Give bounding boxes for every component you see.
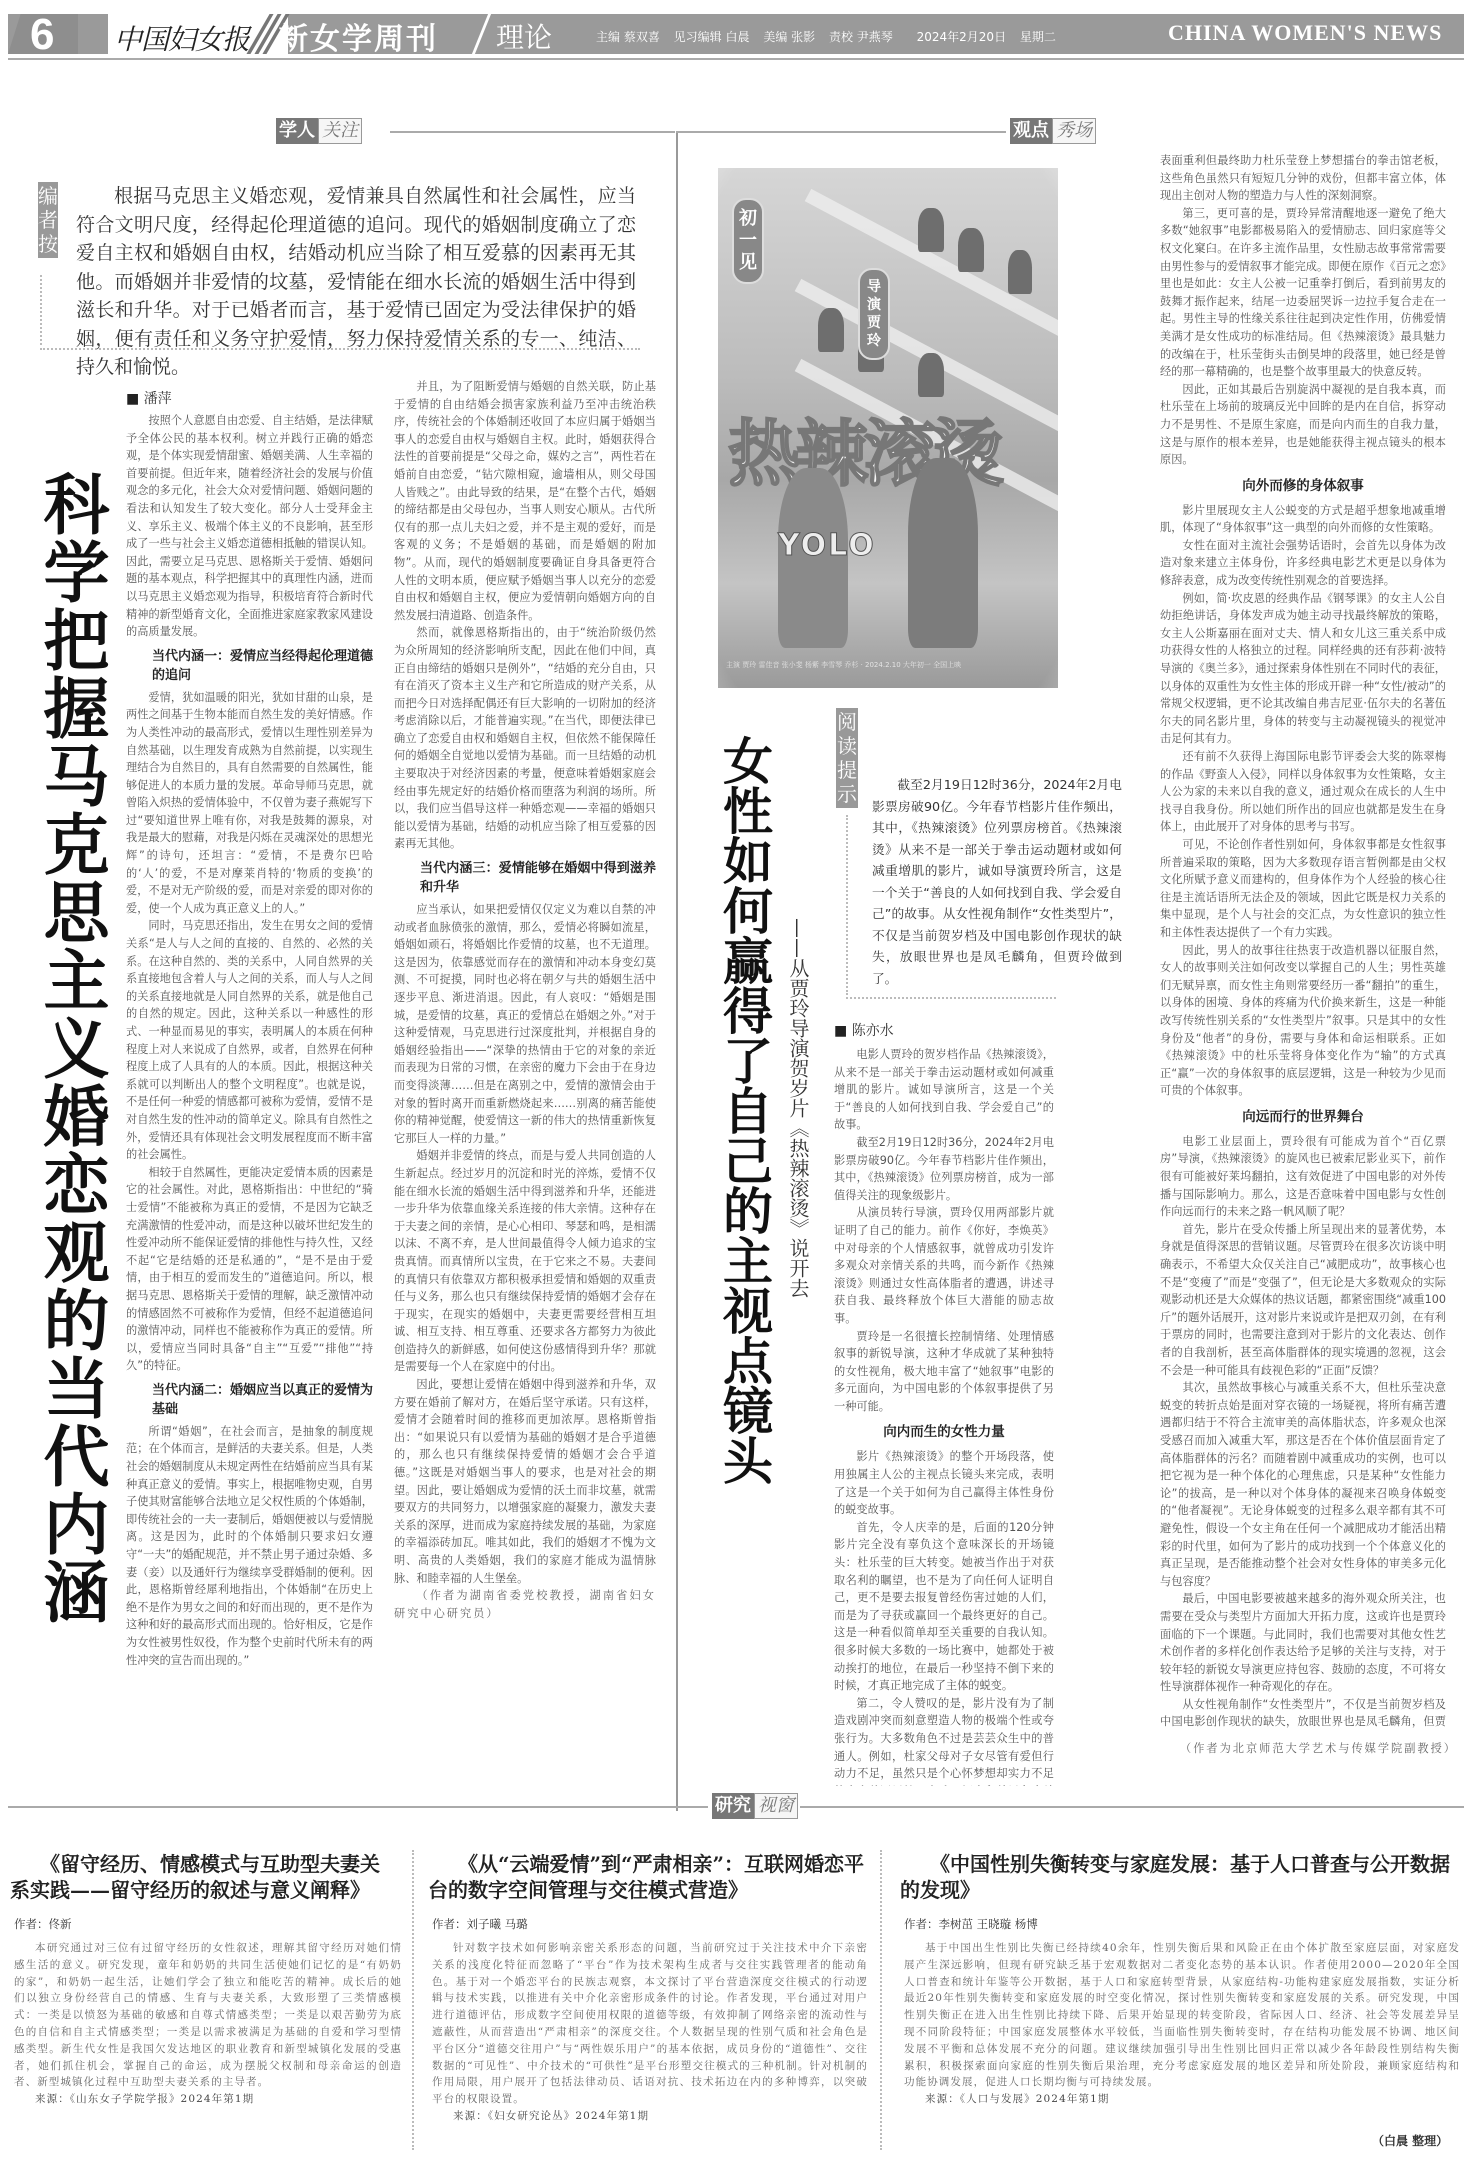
subheading: 向内而生的女性力量: [834, 1415, 1054, 1448]
paragraph: 女性在面对主流社会强势话语时，会首先以身体为改造对象来建立主体身份，许多经典电影…: [1160, 537, 1446, 590]
poster-tag-director: 导演 贾玲: [858, 268, 890, 360]
subheading: 当代内涵三：爱情能够在婚姻中得到滋养和升华: [394, 853, 656, 901]
badge-solid-text: 研究: [712, 1793, 754, 1819]
paragraph: 同时，马克思还指出，发生在男女之间的爱情关系“是人与人之间的直接的、自然的、必然…: [126, 917, 373, 1163]
subheading: 向外而修的身体叙事: [1160, 469, 1446, 502]
paragraph: 第二，令人赞叹的是，影片没有为了制造戏剧冲突而刻意塑造人物的极端个性或夸张行为。…: [834, 1695, 1054, 1786]
research-divider: [412, 1850, 414, 2150]
badge-outline-text: 秀场: [1052, 118, 1096, 144]
article2-author-note: （作者为北京师范大学艺术与传媒学院副教授）: [1180, 1740, 1460, 1758]
research-author-1: 作者：佟新: [14, 1916, 72, 1932]
poster-tag-first-day: 初一见: [732, 198, 764, 284]
poster-credits: 主演 贾玲 雷佳音 张小斐 杨紫 李雪琴 乔杉 · 2024.2.10 大年初一…: [726, 660, 1046, 670]
paragraph: 因此，正如其最后告别旋涡中凝视的是自我本真，而杜乐莹在上场前的玻璃反光中回眸的是…: [1160, 381, 1446, 469]
research-title-3: 《中国性别失衡转变与家庭发展：基于人口普查与公开数据的发现》: [900, 1851, 1460, 1903]
research-abstract-1: 本研究通过对三位有过留守经历的女性叙述，理解其留守经历对她们情感生活的意义。研究…: [14, 1940, 402, 2108]
issue-weekday: 星期二: [1020, 30, 1056, 44]
film-poster-image: 初一见 导演 贾玲 热辣滚烫 YOLO 主演 贾玲 雷佳音 张小斐 杨紫 李雪琴…: [718, 168, 1058, 688]
paragraph: 所谓“婚姻”，在社会而言，是抽象的制度规范；在个体而言，是鲜活的夫妻关系。但是，…: [126, 1423, 373, 1669]
paragraph: 电影人贾玲的贺岁档作品《热辣滚烫》，从来不是一部关于拳击运动题材或如何减重增肌的…: [834, 1046, 1054, 1134]
paragraph: 影片里展现女主人公蜕变的方式是超乎想象地减重增肌，体现了“身体叙事”这一典型的向…: [1160, 502, 1446, 537]
reading-tip-border: [846, 997, 1056, 999]
author-note: （作者为湖南省委党校教授，湖南省妇女研究中心研究员）: [394, 1587, 656, 1622]
paragraph: 然而，就像恩格斯指出的，由于“统治阶级仍然为众所周知的经济影响所支配，因此在他们…: [394, 624, 656, 853]
paragraph: 首先，影片在受众传播上所呈现出来的显著优势，本身就是值得深思的营销议题。尽管贾玲…: [1160, 1221, 1446, 1379]
paragraph: 从女性视角制作“女性类型片”，不仅是当前贺岁档及中国电影创作现状的缺失，放眼世界…: [1160, 1696, 1446, 1732]
paragraph: 还有前不久获得上海国际电影节评委会大奖的陈翠梅的作品《野蛮人入侵》，同样以身体叙…: [1160, 748, 1446, 836]
article1-column-2: 并且，为了阻断爱情与婚姻的自然关联，防止基于爱情的自由结婚会损害家族利益乃至冲击…: [394, 378, 656, 1778]
poster-figure: [918, 353, 944, 397]
section-badge-research: 研究 视窗: [712, 1793, 798, 1819]
compiler-credit: （白晨 整理）: [1372, 2132, 1448, 2149]
article2-column-1: 电影人贾玲的贺岁档作品《热辣滚烫》，从来不是一部关于拳击运动题材或如何减重增肌的…: [834, 1046, 1054, 1786]
paragraph: 其次，虽然故事核心与减重关系不大，但杜乐莹决意蜕变的转折点始是面对穿衣镜的一场疑…: [1160, 1379, 1446, 1590]
editor-note-tag: 编者按: [38, 182, 58, 258]
research-abstract-3: 基于中国出生性别比失衡已经持续40余年，性别失衡后果和风险正在由个体扩散至家庭层…: [904, 1940, 1460, 2108]
poster-boxer-figure: [908, 458, 978, 648]
poster-figure: [958, 228, 984, 272]
subheading: 向远而行的世界舞台: [1160, 1100, 1446, 1133]
paragraph: 因此，男人的故事往往热衷于改造机器以征服自然，女人的故事则关注如何改变以掌握自己…: [1160, 942, 1446, 1100]
badge-outline-text: 关注: [318, 118, 362, 144]
section-badge-scholar-focus: 学人 关注: [276, 118, 362, 144]
article1-column-1: 按照个人意愿自由恋爱、自主结婚，是法律赋予全体公民的基本权利。树立并践行正确的婚…: [126, 412, 373, 1782]
editor-note-border: [40, 275, 42, 345]
section-rule: [800, 1806, 1464, 1808]
subheading: 当代内涵二：婚姻应当以真正的爱情为基础: [126, 1375, 373, 1423]
section-badge-viewpoint: 观点 秀场: [1010, 118, 1096, 144]
paragraph: 相较于自然属性，更能决定爱情本质的因素是它的社会属性。对此，恩格斯指出：中世纪的…: [126, 1164, 373, 1375]
reading-tip-text: 截至2月19日12时36分，2024年2月电影票房破90亿。今年春节档影片佳作频…: [872, 774, 1122, 989]
paragraph: 贾玲是一名很擅长控制情绪、处理情感叙事的新锐导演，这种才华成就了某种独特的女性视…: [834, 1328, 1054, 1416]
paragraph: 表面重利但最终助力杜乐莹登上梦想擂台的拳击馆老板，这些角色虽然只有短短几分钟的戏…: [1160, 152, 1446, 205]
abstract-text: 针对数字技术如何影响亲密关系形态的问题，当前研究过于关注技术中介下亲密关系的浅度…: [432, 1940, 868, 2108]
article1-byline: 潘萍: [126, 388, 172, 408]
paragraph: 电影工业层面上，贾玲很有可能成为首个“百亿票房”导演，《热辣滚烫》的旋风也已被索…: [1160, 1133, 1446, 1221]
abstract-text: 基于中国出生性别比失衡已经持续40余年，性别失衡后果和风险正在由个体扩散至家庭层…: [904, 1940, 1460, 2091]
paragraph: 因此，要想让爱情在婚姻中得到滋养和升华，双方要在婚前了解对方，在婚后坚守承诺。只…: [394, 1376, 656, 1587]
abstract-text: 本研究通过对三位有过留守经历的女性叙述，理解其留守经历对她们情感生活的意义。研究…: [14, 1940, 402, 2091]
abstract-source: 来源：《妇女研究论丛》2024年第1期: [432, 2108, 868, 2125]
research-author-2: 作者：刘子曦 马璐: [432, 1916, 528, 1932]
paragraph: 应当承认，如果把爱情仅仅定义为难以自禁的冲动或者血脉偾张的激情，那么，爱情必将瞬…: [394, 901, 656, 1147]
staff-credits: 主编 蔡双喜 见习编辑 白晨 美编 张影 责校 尹燕琴 2024年2月20日 星…: [596, 28, 1066, 45]
article2-title: 女性如何赢得了自己的主视点镜头: [710, 735, 772, 1485]
masthead-rule: [8, 58, 1464, 60]
paragraph: 例如，简·坎皮恩的经典作品《钢琴课》的女主人公自幼拒绝讲话，身体发声成为她主动寻…: [1160, 590, 1446, 748]
research-title-2: 《从“云端爱情”到“严肃相亲”：互联网婚恋平台的数字空间管理与交往模式营造》: [428, 1851, 868, 1903]
research-author-3: 作者：李树茁 王晓璇 杨博: [904, 1916, 1038, 1932]
page-number: 6: [30, 10, 54, 60]
paragraph: 截至2月19日12时36分，2024年2月电影票房破90亿。今年春节档影片佳作频…: [834, 1134, 1054, 1204]
article2-column-2: 表面重利但最终助力杜乐莹登上梦想擂台的拳击馆老板，这些角色虽然只有短短几分钟的戏…: [1160, 152, 1446, 1732]
research-abstract-2: 针对数字技术如何影响亲密关系形态的问题，当前研究过于关注技术中介下亲密关系的浅度…: [432, 1940, 868, 2125]
editor-note-text: 根据马克思主义婚恋观，爱情兼具自然属性和社会属性，应当符合文明尺度，经得起伦理道…: [76, 182, 636, 382]
paragraph: 爱情，犹如温暖的阳光，犹如甘甜的山泉，是两性之间基于生物本能而自然生发的美好情感…: [126, 689, 373, 918]
article2-byline: 陈亦水: [834, 1020, 894, 1040]
paragraph: 婚姻并非爱情的终点，而是与爱人共同创造的人生新起点。经过岁月的沉淀和时光的淬炼，…: [394, 1147, 656, 1376]
paragraph: 按照个人意愿自由恋爱、自主结婚，是法律赋予全体公民的基本权利。树立并践行正确的婚…: [126, 412, 373, 641]
masthead: 6 中国妇女报 新女学周刊 理论 主编 蔡双喜 见习编辑 白晨 美编 张影 责校…: [8, 12, 1464, 58]
abstract-source: 来源：《人口与发展》2024年第1期: [904, 2091, 1460, 2108]
issue-date: 2024年2月20日: [917, 30, 1006, 44]
art-editor: 美编 张影: [763, 30, 815, 44]
subheading: 当代内涵一：爱情应当经得起伦理道德的追问: [126, 641, 373, 689]
section-title: 理论: [496, 16, 552, 56]
paragraph: 可见，不论创作者性别如何，身体叙事都是女性叙事所普遍采取的策略，因为大多数现存语…: [1160, 836, 1446, 942]
badge-solid-text: 观点: [1010, 118, 1052, 144]
trainee-editor: 见习编辑 白晨: [674, 30, 750, 44]
article2-subtitle: ——从贾玲导演贺岁片《热辣滚烫》说开去: [782, 918, 808, 1298]
poster-figure: [1008, 250, 1032, 294]
abstract-source: 来源：《山东女子学院学报》2024年第1期: [14, 2091, 402, 2108]
paragraph: 并且，为了阻断爱情与婚姻的自然关联，防止基于爱情的自由结婚会损害家族利益乃至冲击…: [394, 378, 656, 624]
research-title-1: 《留守经历、情感模式与互助型夫妻关系实践——留守经历的叙述与意义阐释》: [10, 1851, 390, 1903]
paragraph: 最后，中国电影要被越来越多的海外观众所关注，也需要在受众与类型片方面加大开拓力度…: [1160, 1590, 1446, 1696]
poster-figure: [918, 208, 944, 252]
chief-editor: 主编 蔡双喜: [596, 30, 660, 44]
paragraph: 首先，令人庆幸的是，后面的120分钟影片完全没有辜负这个意味深长的开场镜头：杜乐…: [834, 1519, 1054, 1695]
paragraph: 从演员转行导演，贾玲仅用两部影片就证明了自己的能力。前作《你好，李焕英》中对母亲…: [834, 1204, 1054, 1327]
section-rule: [676, 131, 1006, 133]
poster-slogan: YOLO: [778, 528, 876, 563]
author-note: （作者为北京师范大学艺术与传媒学院副教授）: [1180, 1740, 1460, 1758]
newspaper-english-name: CHINA WOMEN'S NEWS: [1168, 20, 1442, 46]
weekly-title: 新女学周刊: [278, 14, 438, 58]
badge-solid-text: 学人: [276, 118, 318, 144]
article1-title: 科学把握马克思主义婚恋观的当代内涵: [28, 470, 108, 1626]
paragraph: 第三，更可喜的是，贾玲异常清醒地逐一避免了绝大多数“她叙事”电影都极易陷入的爱情…: [1160, 205, 1446, 381]
reading-tip-tag: 阅读提示: [836, 708, 858, 808]
paragraph: 影片《热辣滚烫》的整个开场段落，使用独属主人公的主视点长镜头来完成，表明了这是一…: [834, 1448, 1054, 1518]
poster-figure: [818, 308, 844, 352]
research-divider: [880, 1850, 882, 2150]
proofreader: 责校 尹燕琴: [829, 30, 893, 44]
section-rule: [390, 131, 675, 133]
reading-tip-border: [846, 815, 848, 995]
badge-outline-text: 视窗: [754, 1793, 798, 1819]
section-rule: [8, 1806, 708, 1808]
column-divider: [676, 131, 678, 1811]
